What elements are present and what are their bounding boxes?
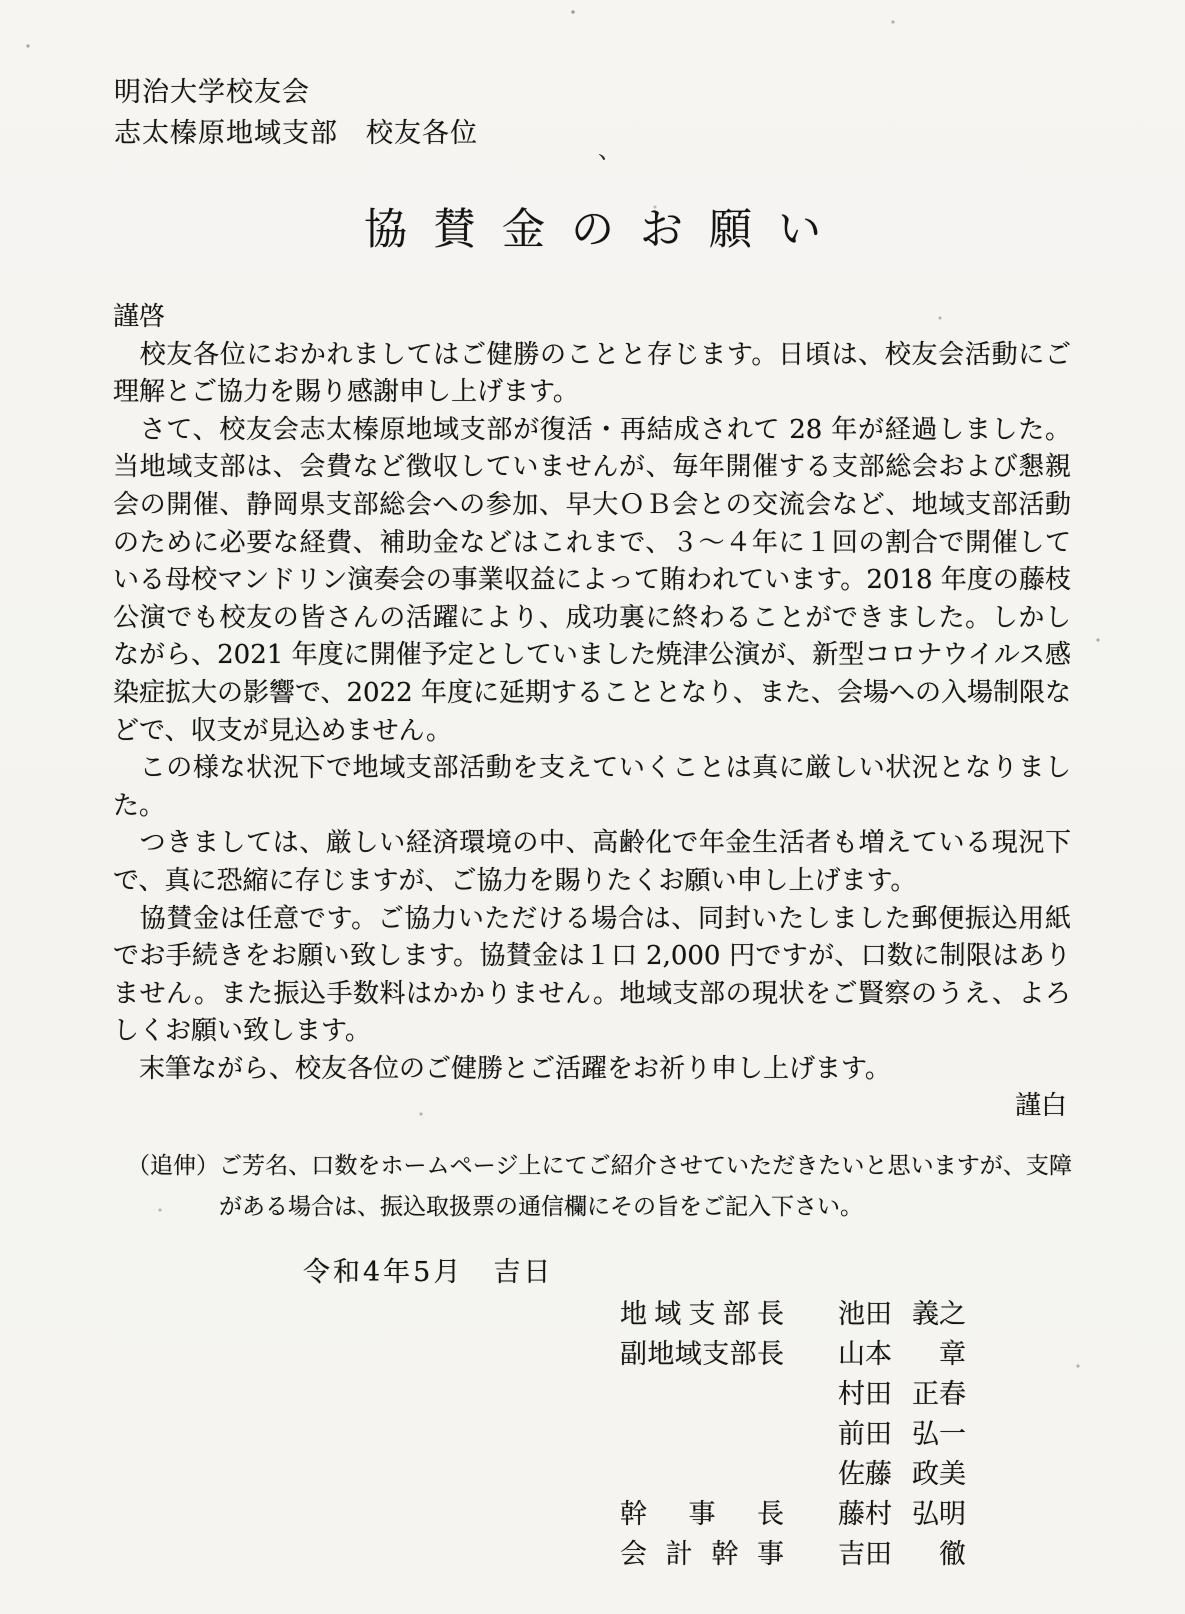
family-name: 佐藤: [838, 1452, 892, 1491]
salutation: 謹啓: [113, 299, 1071, 337]
given-name: 弘一: [912, 1412, 966, 1451]
given-name: 徹: [939, 1532, 966, 1571]
signature-row: 幹事長 藤村弘明: [620, 1492, 966, 1532]
document-title: 協賛金のお願い: [0, 196, 1185, 257]
body-paragraph-5: 協賛金は任意です。ご協力いただける場合は、同封いたしました郵便振込用紙でお手続き…: [113, 901, 1071, 1051]
given-name: 弘明: [912, 1492, 966, 1531]
given-name: 正春: [912, 1372, 966, 1411]
given-name: 章: [939, 1332, 966, 1371]
signature-row: 地域支部長 池田義之: [620, 1292, 966, 1332]
postscript-label: （追伸）: [127, 1146, 219, 1187]
postscript-text: ご芳名、口数をホームページ上にてご紹介させていただきたいと思いますが、支障がある…: [219, 1146, 1072, 1228]
branch-and-addressee: 志太榛原地域支部 校友各位: [114, 113, 478, 154]
signature-row: 村田正春: [620, 1372, 966, 1412]
scanned-letter-page: 明治大学校友会 志太榛原地域支部 校友各位 、 協賛金のお願い 謹啓 校友各位に…: [0, 0, 1185, 1614]
signature-name: 吉田徹: [838, 1532, 966, 1571]
body-paragraph-3: この様な状況下で地域支部活動を支えていくことは真に厳しい状況となりました。: [113, 750, 1071, 825]
signature-row: 副地域支部長 山本章: [620, 1332, 966, 1372]
signature-row: 佐藤政美: [620, 1452, 966, 1492]
signature-role: 幹事長: [620, 1492, 784, 1531]
signature-role: 会計幹事: [620, 1532, 784, 1571]
signature-role: 副地域支部長: [620, 1332, 784, 1371]
body-paragraph-4: つきましては、厳しい経済環境の中、高齢化で年金生活者も増えている現況下で、真に恐…: [113, 825, 1071, 900]
letter-body: 謹啓 校友各位におかれましてはご健勝のことと存じます。日頃は、校友会活動にご理解…: [113, 299, 1071, 1126]
signature-block: 地域支部長 池田義之 副地域支部長 山本章 村田正春 前田弘一 佐藤政美 幹事長…: [620, 1292, 966, 1572]
signature-name: 村田正春: [838, 1372, 966, 1411]
signature-name: 池田義之: [838, 1292, 966, 1331]
signature-name: 山本章: [838, 1332, 966, 1371]
family-name: 池田: [838, 1292, 892, 1331]
signature-name: 藤村弘明: [838, 1492, 966, 1531]
family-name: 前田: [838, 1412, 892, 1451]
postscript: （追伸） ご芳名、口数をホームページ上にてご紹介させていただきたいと思いますが、…: [127, 1146, 1072, 1228]
signature-role: 地域支部長: [620, 1292, 784, 1331]
recipient-block: 明治大学校友会 志太榛原地域支部 校友各位: [114, 72, 478, 154]
closing-word: 謹白: [113, 1088, 1071, 1126]
signature-row: 会計幹事 吉田徹: [620, 1532, 966, 1572]
scan-noise-mark: 、: [598, 130, 622, 165]
given-name: 政美: [912, 1452, 966, 1491]
body-paragraph-1: 校友各位におかれましてはご健勝のことと存じます。日頃は、校友会活動にご理解とご協…: [113, 337, 1071, 412]
date-line: 令和4年5月 吉日: [303, 1250, 553, 1289]
family-name: 山本: [838, 1332, 892, 1371]
family-name: 吉田: [838, 1532, 892, 1571]
family-name: 藤村: [838, 1492, 892, 1531]
signature-name: 前田弘一: [838, 1412, 966, 1451]
given-name: 義之: [912, 1292, 966, 1331]
body-paragraph-6: 末筆ながら、校友各位のご健勝とご活躍をお祈り申し上げます。: [113, 1051, 1071, 1089]
body-paragraph-2: さて、校友会志太榛原地域支部が復活・再結成されて 28 年が経過しました。当地域…: [113, 412, 1071, 750]
family-name: 村田: [838, 1372, 892, 1411]
signature-name: 佐藤政美: [838, 1452, 966, 1491]
organization-name: 明治大学校友会: [114, 72, 478, 113]
signature-row: 前田弘一: [620, 1412, 966, 1452]
